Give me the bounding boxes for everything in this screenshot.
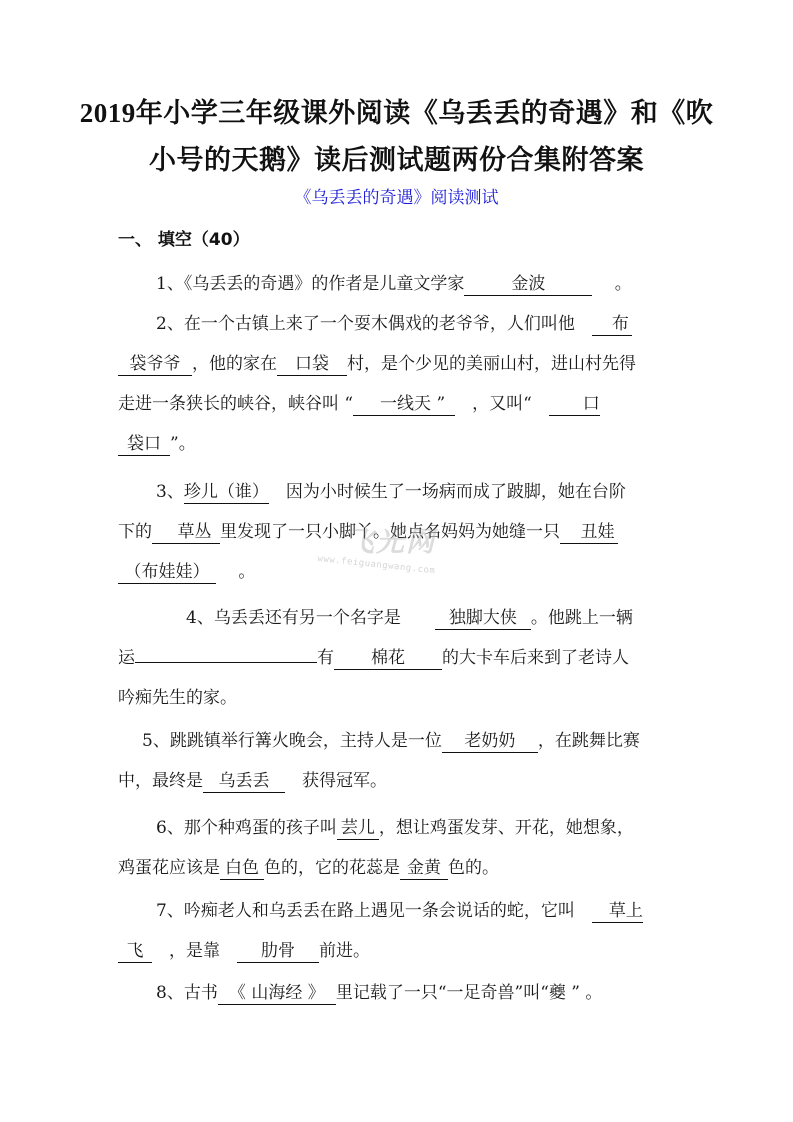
answer-blank: 老奶奶 [442,733,538,753]
answer-blank: 白色 [220,860,264,880]
answer-blank: 棉花 [334,650,442,670]
question-text: 色的。 [448,860,499,877]
answer-blank: （布娃娃） [118,564,216,584]
question-text: 。 [216,564,255,581]
question-text: 色的，它的花蕊是 [264,860,400,877]
question-line: 吟痴先生的家。 [118,690,237,707]
question-line: 2、在一个古镇上来了一个耍木偶戏的老爷爷，人们叫他 布 [156,316,632,336]
question-line: 6、那个种鸡蛋的孩子叫芸儿，想让鸡蛋发芽、开花，她想象， [156,820,634,840]
answer-blank: 《 山海经 》 [218,985,336,1005]
question-line: 5、跳跳镇举行篝火晚会，主持人是一位老奶奶，在跳舞比赛 [142,733,640,753]
question-text: 鸡蛋花应该是 [118,860,220,877]
question-line: （布娃娃） 。 [118,564,255,584]
answer-blank: 乌丢丢 [203,773,285,793]
answer-blank: 一线天 ” [353,396,455,416]
question-text: 因为小时候生了一场病而成了跛脚，她在台阶 [269,484,626,501]
question-text: 村，是个少见的美丽山村，进山村先得 [347,356,636,373]
question-text: 6、那个种鸡蛋的孩子叫 [156,820,337,837]
question-line: 运有棉花的大卡车后来到了老诗人 [118,650,629,670]
answer-blank: 袋口 [118,436,170,456]
answer-blank: 芸儿 [337,820,379,840]
answer-blank: 口袋 [277,356,347,376]
question-text: 。 [592,276,631,293]
question-text: 前进。 [319,943,370,960]
question-text: 1、《乌丢丢的奇遇》的作者是儿童文学家 [156,276,464,293]
question-text: 中，最终是 [118,773,203,790]
question-line: 中，最终是乌丢丢 获得冠军。 [118,773,387,793]
question-line: 4、乌丢丢还有另一个名字是 独脚大侠。他跳上一辆 [186,610,633,630]
answer-blank: 肋骨 [237,943,319,963]
document-title-line-1: 2019年小学三年级课外阅读《乌丢丢的奇遇》和《吹 [0,100,793,127]
question-text: 下的 [118,524,152,541]
question-text: ”。 [170,436,196,453]
answer-blank: 金波 [464,276,592,296]
question-text: 里记载了一只“一足奇兽”叫“夔 ” 。 [336,985,603,1002]
question-text: 。他跳上一辆 [531,610,633,627]
question-line: 下的 草丛 里发现了一只小脚丫。她点名妈妈为她缝一只 丑娃 [118,524,618,544]
answer-blank: 独脚大侠 [435,610,531,630]
question-text: 8、古书 [156,985,218,1002]
question-line: 8、古书《 山海经 》里记载了一只“一足奇兽”叫“夔 ” 。 [156,985,602,1005]
question-text: 吟痴先生的家。 [118,690,237,707]
question-line: 袋口 ”。 [118,436,196,456]
question-line: 走进一条狭长的峡谷，峡谷叫 “ 一线天 ” ，又叫“ 口 [118,396,600,416]
answer-blank: 口 [549,396,600,416]
answer-blank [135,660,317,663]
question-line: 7、吟痴老人和乌丢丢在路上遇见一条会说话的蛇，它叫 草上 [156,903,643,923]
section-subtitle: 《乌丢丢的奇遇》阅读测试 [0,190,793,207]
question-text: 里发现了一只小脚丫。她点名妈妈为她缝一只 [220,524,560,541]
question-text: 7、吟痴老人和乌丢丢在路上遇见一条会说话的蛇，它叫 [156,903,592,920]
question-text: 3、 [156,484,184,501]
question-text: 有 [317,650,334,667]
answer-blank: 金黄 [400,860,448,880]
question-text: ，在跳舞比赛 [538,733,640,750]
section-heading: 一、 填空（40） [118,232,250,249]
answer-blank: 珍儿（谁） [184,484,269,504]
question-line: 1、《乌丢丢的奇遇》的作者是儿童文学家金波 。 [156,276,632,296]
question-text: ，是靠 [152,943,237,960]
question-text: 的大卡车后来到了老诗人 [442,650,629,667]
question-text: 4、乌丢丢还有另一个名字是 [186,610,435,627]
document-title-line-2: 小号的天鹅》读后测试题两份合集附答案 [0,147,793,174]
question-text: ，想让鸡蛋发芽、开花，她想象， [379,820,634,837]
question-line: 袋爷爷 ，他的家在口袋 村，是个少见的美丽山村，进山村先得 [118,356,636,376]
question-line: 飞 ，是靠 肋骨 前进。 [118,943,370,963]
question-text: 获得冠军。 [285,773,387,790]
question-text: ，他的家在 [192,356,277,373]
answer-blank: 草丛 [152,524,220,544]
document-page: 2019年小学三年级课外阅读《乌丢丢的奇遇》和《吹 小号的天鹅》读后测试题两份合… [0,0,793,1122]
question-text: 走进一条狭长的峡谷，峡谷叫 “ [118,396,353,413]
answer-blank: 袋爷爷 [118,356,192,376]
watermark-url: www.feiguangwang.com [317,554,436,576]
answer-blank: 草上 [592,903,643,923]
question-text: 2、在一个古镇上来了一个耍木偶戏的老爷爷，人们叫他 [156,316,592,333]
question-text: 运 [118,650,135,667]
answer-blank: 飞 [118,943,152,963]
question-line: 鸡蛋花应该是 白色 色的，它的花蕊是金黄色的。 [118,860,499,880]
answer-blank: 布 [592,316,632,336]
question-line: 3、珍儿（谁） 因为小时候生了一场病而成了跛脚，她在台阶 [156,484,626,504]
question-text: ，又叫“ [455,396,549,413]
answer-blank: 丑娃 [560,524,618,544]
question-text: 5、跳跳镇举行篝火晚会，主持人是一位 [142,733,442,750]
